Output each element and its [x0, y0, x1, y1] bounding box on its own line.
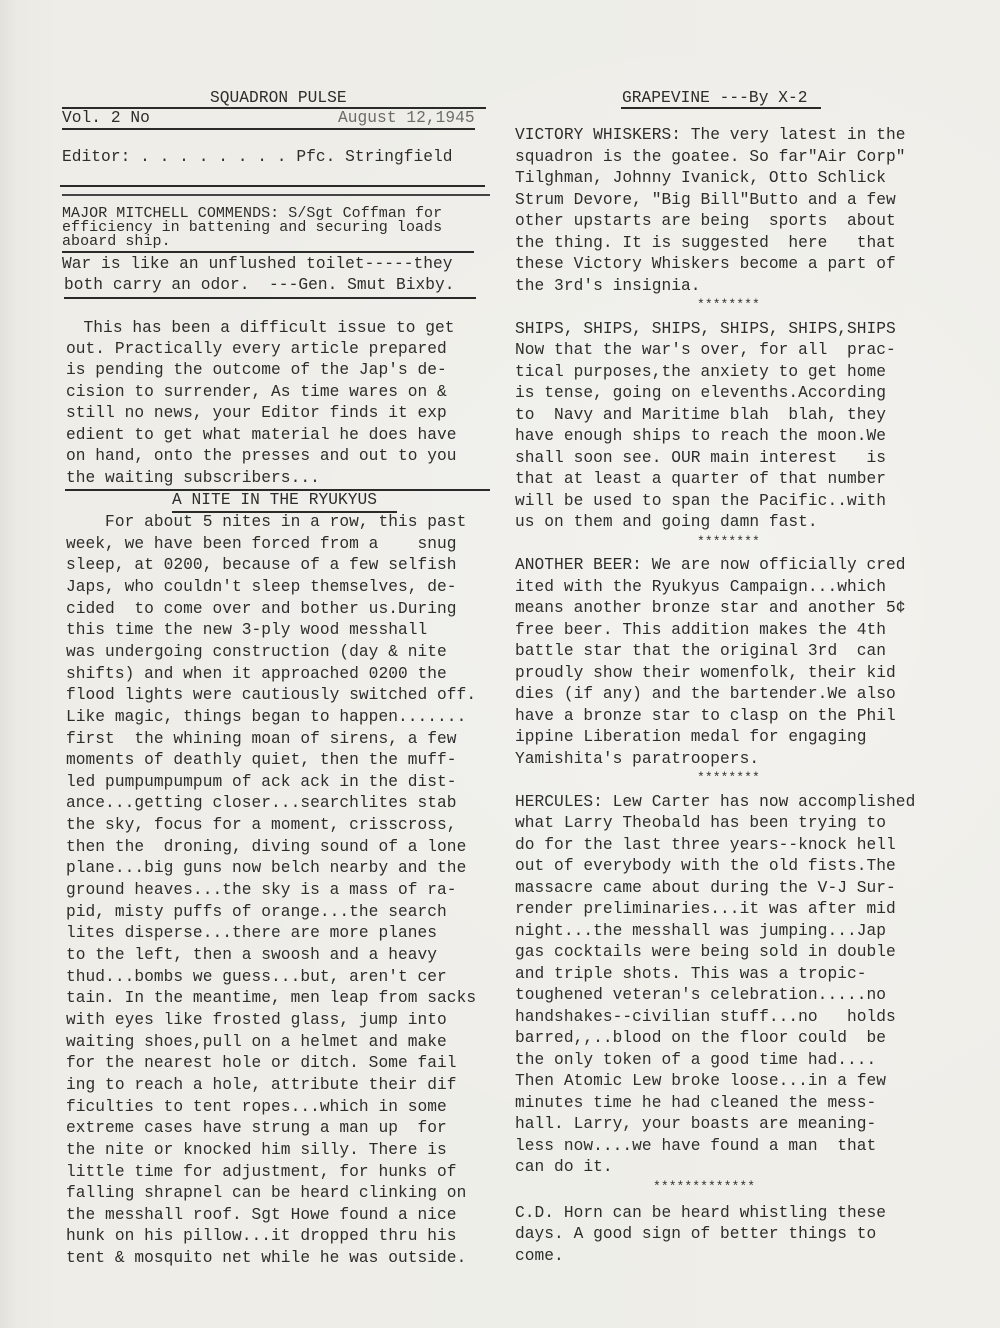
article-line: waiting shoes,pull on a helmet and make: [66, 1032, 447, 1052]
grapevine-line: ippine Liberation medal for engaging: [515, 727, 867, 747]
grapevine-line: that at least a quarter of that number: [515, 469, 886, 489]
article-line: to the left, then a swoosh and a heavy: [66, 945, 437, 965]
grapevine-line: shall soon see. OUR main interest is: [515, 448, 886, 468]
grapevine-line: out of everybody with the old fists.The: [515, 856, 896, 876]
article-line: this time the new 3-ply wood messhall: [66, 620, 427, 640]
grapevine-line: HERCULES: Lew Carter has now accomplishe…: [515, 792, 915, 812]
commendation-rule: [62, 251, 474, 253]
article-line: Like magic, things began to happen......…: [66, 707, 466, 727]
editor-note-line: the waiting subscribers...: [66, 468, 320, 488]
grapevine-line: Yamishita's paratroopers.: [515, 749, 759, 769]
article-line: then the droning, diving sound of a lone: [66, 837, 466, 857]
quote-line: War is like an unflushed toilet-----they: [62, 254, 453, 274]
grapevine-line: will be used to span the Pacific..with: [515, 491, 886, 511]
grapevine-line: tical purposes,the anxiety to get home: [515, 362, 886, 382]
grapevine-line: ANOTHER BEER: We are now officially cred: [515, 555, 906, 575]
article-line: ficulties to tent ropes...which in some: [66, 1097, 447, 1117]
article-line: the nite or knocked him silly. There is: [66, 1140, 447, 1160]
article-line: with eyes like frosted glass, jump into: [66, 1010, 447, 1030]
grapevine-line: VICTORY WHISKERS: The very latest in the: [515, 125, 906, 145]
commendation-line: aboard ship.: [62, 234, 171, 249]
grapevine-line: the 3rd's insignia.: [515, 276, 701, 296]
editor-note-line: This has been a difficult issue to get: [64, 318, 455, 338]
grapevine-line: have enough ships to reach the moon.We: [515, 426, 886, 446]
issue-date: August 12,1945: [338, 108, 475, 128]
article-line: plane...big guns now belch nearby and th…: [66, 858, 466, 878]
section-separator: ********: [697, 768, 760, 788]
article-line: thud...bombs we guess...but, aren't cer: [66, 967, 447, 987]
article-line: moments of deathly quiet, then the muff-: [66, 750, 457, 770]
grapevine-line: minutes time he had cleaned the mess-: [515, 1093, 876, 1113]
masthead-rule-bottom: [62, 128, 475, 130]
grapevine-line: battle star that the original 3rd can: [515, 641, 886, 661]
grapevine-line: other upstarts are being sports about: [515, 211, 896, 231]
article-line: the messhall roof. Sgt Howe found a nice: [66, 1205, 457, 1225]
grapevine-line: these Victory Whiskers become a part of: [515, 254, 896, 274]
grapevine-line: Strum Devore, "Big Bill"Butto and a few: [515, 190, 896, 210]
article-line: ance...getting closer...searchlites stab: [66, 793, 457, 813]
editor-note-line: cision to surrender, As time wares on &: [66, 382, 447, 402]
article-line: flood lights were cautiously switched of…: [66, 685, 476, 705]
grapevine-line: Then Atomic Lew broke loose...in a few: [515, 1071, 886, 1091]
article-line: tain. In the meantime, men leap from sac…: [66, 988, 476, 1008]
article-title: A NITE IN THE RYUKYUS: [172, 490, 377, 510]
article-line: tent & mosquito net while he was outside…: [66, 1248, 466, 1268]
grapevine-line: means another bronze star and another 5¢: [515, 598, 906, 618]
article-line: little time for adjustment, for hunks of: [66, 1162, 457, 1182]
editor-note-line: on hand, onto the presses and out to you: [66, 446, 457, 466]
grapevine-line: have a bronze star to clasp on the Phil: [515, 706, 896, 726]
grapevine-line: render preliminaries...it was after mid: [515, 899, 896, 919]
editor-note-line: out. Practically every article prepared: [66, 339, 447, 359]
editor-note-line: still no news, your Editor finds it exp: [66, 403, 447, 423]
article-line: was undergoing construction (day & nite: [66, 642, 447, 662]
grapevine-line: night...the messhall was jumping...Jap: [515, 921, 886, 941]
quote-rule: [64, 297, 476, 299]
grapevine-line: barred,,..blood on the floor could be: [515, 1028, 886, 1048]
article-line: for the nearest hole or ditch. Some fail: [66, 1053, 457, 1073]
grapevine-line: less now....we have found a man that: [515, 1136, 876, 1156]
grapevine-line: squadron is the goatee. So far"Air Corp": [515, 147, 906, 167]
grapevine-line: Tilghman, Johnny Ivanick, Otto Schlick: [515, 168, 886, 188]
editor-credit: Editor: . . . . . . . . Pfc. Stringfield: [62, 147, 453, 167]
article-line: pid, misty puffs of orange...the search: [66, 902, 447, 922]
grapevine-line: handshakes--civilian stuff...no holds: [515, 1007, 896, 1027]
article-line: cided to come over and bother us.During: [66, 599, 457, 619]
article-line: led pumpumpumpum of ack ack in the dist-: [66, 772, 457, 792]
section-separator: ********: [697, 532, 760, 552]
grapevine-line: ited with the Ryukyus Campaign...which: [515, 577, 886, 597]
grapevine-line: the only token of a good time had....: [515, 1050, 876, 1070]
article-line: sleep, at 0200, because of a few selfish: [66, 555, 457, 575]
article-line: week, we have been forced from a snug: [66, 534, 457, 554]
article-line: lites disperse...there are more planes: [66, 923, 437, 943]
grapevine-title: GRAPEVINE ---By X-2: [622, 88, 808, 108]
newsletter-page: SQUADRON PULSE Vol. 2 No August 12,1945 …: [0, 0, 1000, 1328]
section-separator: *************: [653, 1177, 755, 1197]
quote-line: both carry an odor. ---Gen. Smut Bixby.: [64, 275, 455, 295]
article-line: first the whining moan of sirens, a few: [66, 729, 457, 749]
section-rule: [60, 185, 485, 187]
article-line: falling shrapnel can be heard clinking o…: [66, 1183, 466, 1203]
article-line: For about 5 nites in a row, this past: [66, 512, 466, 532]
grapevine-line: proudly show their womenfolk, their kid: [515, 663, 896, 683]
grapevine-line: dies (if any) and the bartender.We also: [515, 684, 896, 704]
grapevine-line: is tense, going on elevenths.According: [515, 383, 886, 403]
section-separator: ********: [697, 295, 760, 315]
grapevine-line: us on them and going damn fast.: [515, 512, 818, 532]
grapevine-line: free beer. This addition makes the 4th: [515, 620, 886, 640]
article-line: Japs, who couldn't sleep themselves, de-: [66, 577, 457, 597]
grapevine-line: C.D. Horn can be heard whistling these: [515, 1203, 886, 1223]
article-line: extreme cases have strung a man up for: [66, 1118, 447, 1138]
article-line: the sky, focus for a moment, crisscross,: [66, 815, 457, 835]
article-line: hunk on his pillow...it dropped thru his: [66, 1226, 457, 1246]
article-line: ground heaves...the sky is a mass of ra-: [66, 880, 457, 900]
grapevine-line: come.: [515, 1246, 564, 1266]
editor-note-line: is pending the outcome of the Jap's de-: [66, 360, 447, 380]
grapevine-line: toughened veteran's celebration.....no: [515, 985, 886, 1005]
grapevine-line: days. A good sign of better things to: [515, 1224, 876, 1244]
section-rule-double: [62, 194, 490, 196]
editor-note-line: edient to get what material he does have: [66, 425, 457, 445]
grapevine-line: gas cocktails were being sold in double: [515, 942, 896, 962]
article-line: shifts) and when it approached 0200 the: [66, 664, 447, 684]
grapevine-line: and triple shots. This was a tropic-: [515, 964, 867, 984]
grapevine-line: hall. Larry, your boasts are meaning-: [515, 1114, 876, 1134]
grapevine-line: SHIPS, SHIPS, SHIPS, SHIPS, SHIPS,SHIPS: [515, 319, 896, 339]
grapevine-line: massacre came about during the V-J Sur-: [515, 878, 896, 898]
grapevine-line: the thing. It is suggested here that: [515, 233, 896, 253]
grapevine-line: Now that the war's over, for all prac-: [515, 340, 896, 360]
grapevine-line: to Navy and Maritime blah blah, they: [515, 405, 886, 425]
article-line: ing to reach a hole, attribute their dif: [66, 1075, 457, 1095]
grapevine-line: can do it.: [515, 1157, 613, 1177]
grapevine-line: what Larry Theobald has been trying to: [515, 813, 886, 833]
masthead-title: SQUADRON PULSE: [210, 88, 347, 108]
grapevine-title-underline: [621, 107, 821, 109]
volume-number: Vol. 2 No: [62, 108, 150, 128]
grapevine-line: do for the last three years--knock hell: [515, 835, 896, 855]
